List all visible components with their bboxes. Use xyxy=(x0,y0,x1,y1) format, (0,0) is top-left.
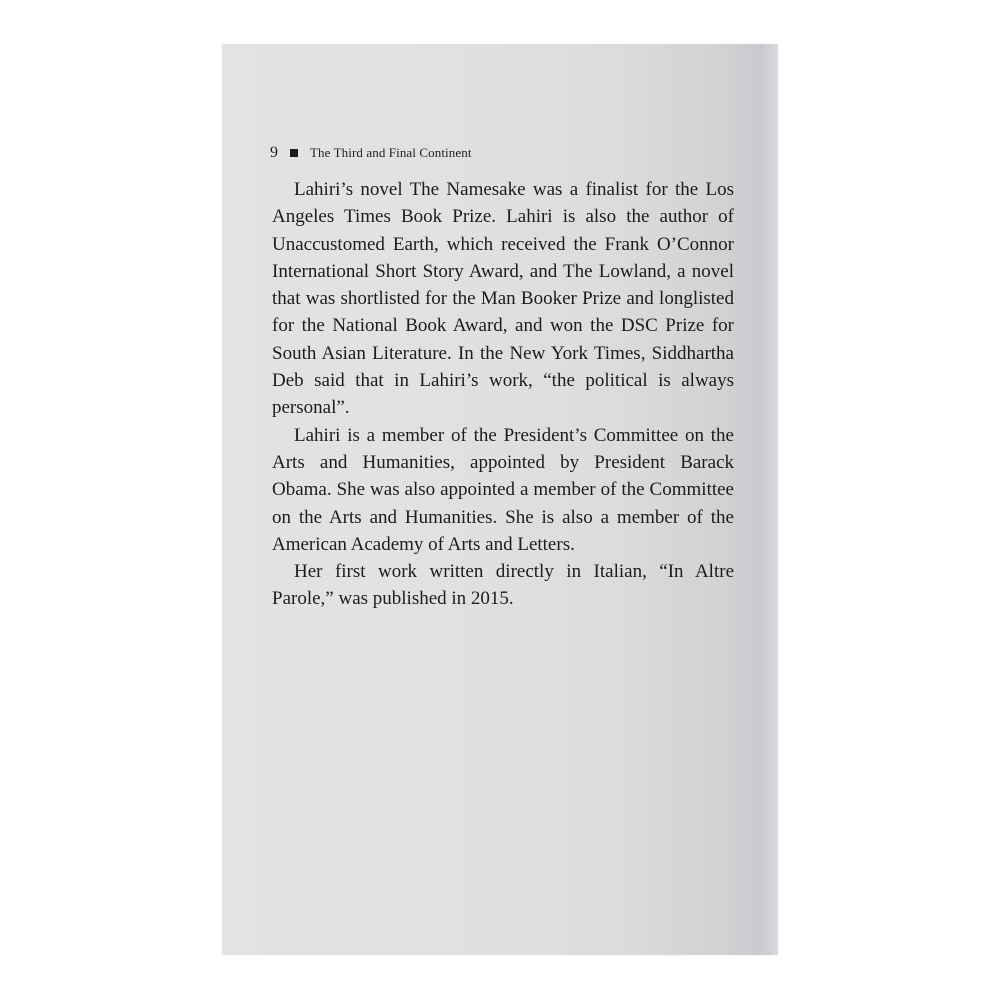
book-page: 9 The Third and Final Continent Lahiri’s… xyxy=(222,44,778,955)
running-header: 9 The Third and Final Continent xyxy=(270,144,472,162)
paragraph: Lahiri’s novel The Namesake was a finali… xyxy=(272,176,734,422)
page-number: 9 xyxy=(270,144,278,162)
book-title: The Third and Final Continent xyxy=(310,145,472,161)
paragraph: Her first work written directly in Itali… xyxy=(272,558,734,613)
body-text: Lahiri’s novel The Namesake was a finali… xyxy=(272,176,734,613)
paragraph: Lahiri is a member of the President’s Co… xyxy=(272,422,734,558)
black-square-icon xyxy=(290,149,298,157)
